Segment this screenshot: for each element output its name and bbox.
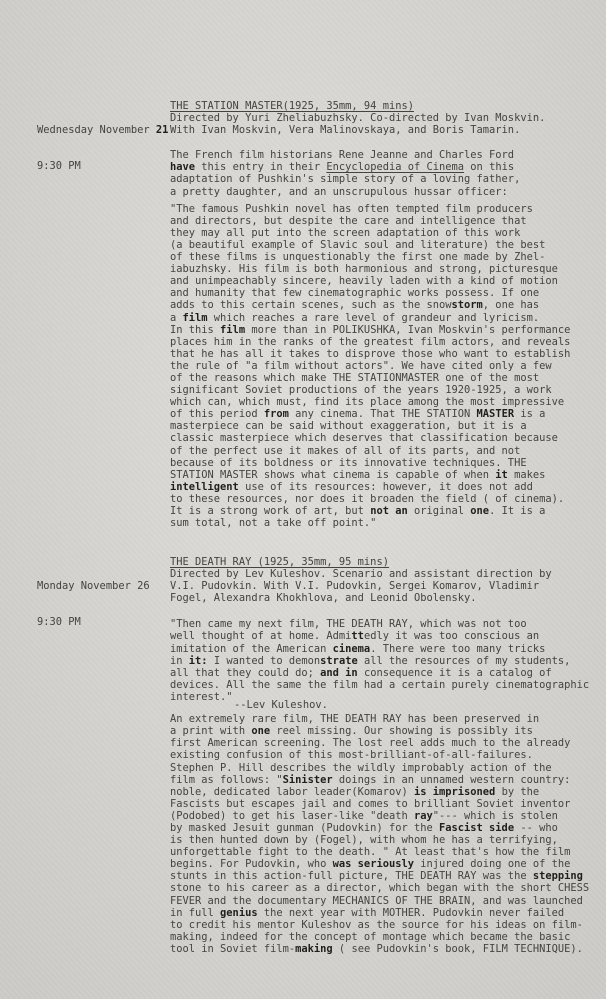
screening-datetime: Wednesday November 21 9:30 PM — [37, 100, 170, 529]
screening-datetime: Monday November 26 9:30 PM — [37, 556, 170, 955]
screening-date: Monday November 26 — [37, 580, 170, 592]
film-description-paragraph: An extremely rare film, THE DEATH RAY ha… — [170, 713, 606, 955]
screening-body: THE STATION MASTER(1925, 35mm, 94 mins) … — [170, 100, 606, 529]
film-intro-paragraph: The French film historians Rene Jeanne a… — [170, 149, 606, 197]
director-quote-paragraph: "Then came my next film, THE DEATH RAY, … — [170, 618, 606, 703]
screening-section-death-ray: Monday November 26 9:30 PM THE DEATH RAY… — [37, 556, 606, 955]
screening-time: 9:30 PM — [37, 160, 170, 172]
film-title: THE DEATH RAY (1925, 35mm, 95 mins) — [170, 556, 606, 568]
film-credits: Directed by Yuri Zheliabuzhsky. Co-direc… — [170, 112, 606, 136]
film-review-quote-paragraph: "The famous Pushkin novel has often temp… — [170, 203, 606, 530]
film-title: THE STATION MASTER(1925, 35mm, 94 mins) — [170, 100, 606, 112]
screening-section-station-master: Wednesday November 21 9:30 PM THE STATIO… — [37, 100, 606, 529]
quote-attribution: --Lev Kuleshov. — [170, 699, 606, 711]
film-credits: Directed by Lev Kuleshov. Scenario and a… — [170, 568, 606, 604]
document-page: { "document": { "paper_color": "#d7d6d2"… — [0, 0, 606, 999]
screening-date: Wednesday November 21 — [37, 124, 170, 136]
screening-time: 9:30 PM — [37, 616, 170, 628]
screening-body: THE DEATH RAY (1925, 35mm, 95 mins) Dire… — [170, 556, 606, 955]
